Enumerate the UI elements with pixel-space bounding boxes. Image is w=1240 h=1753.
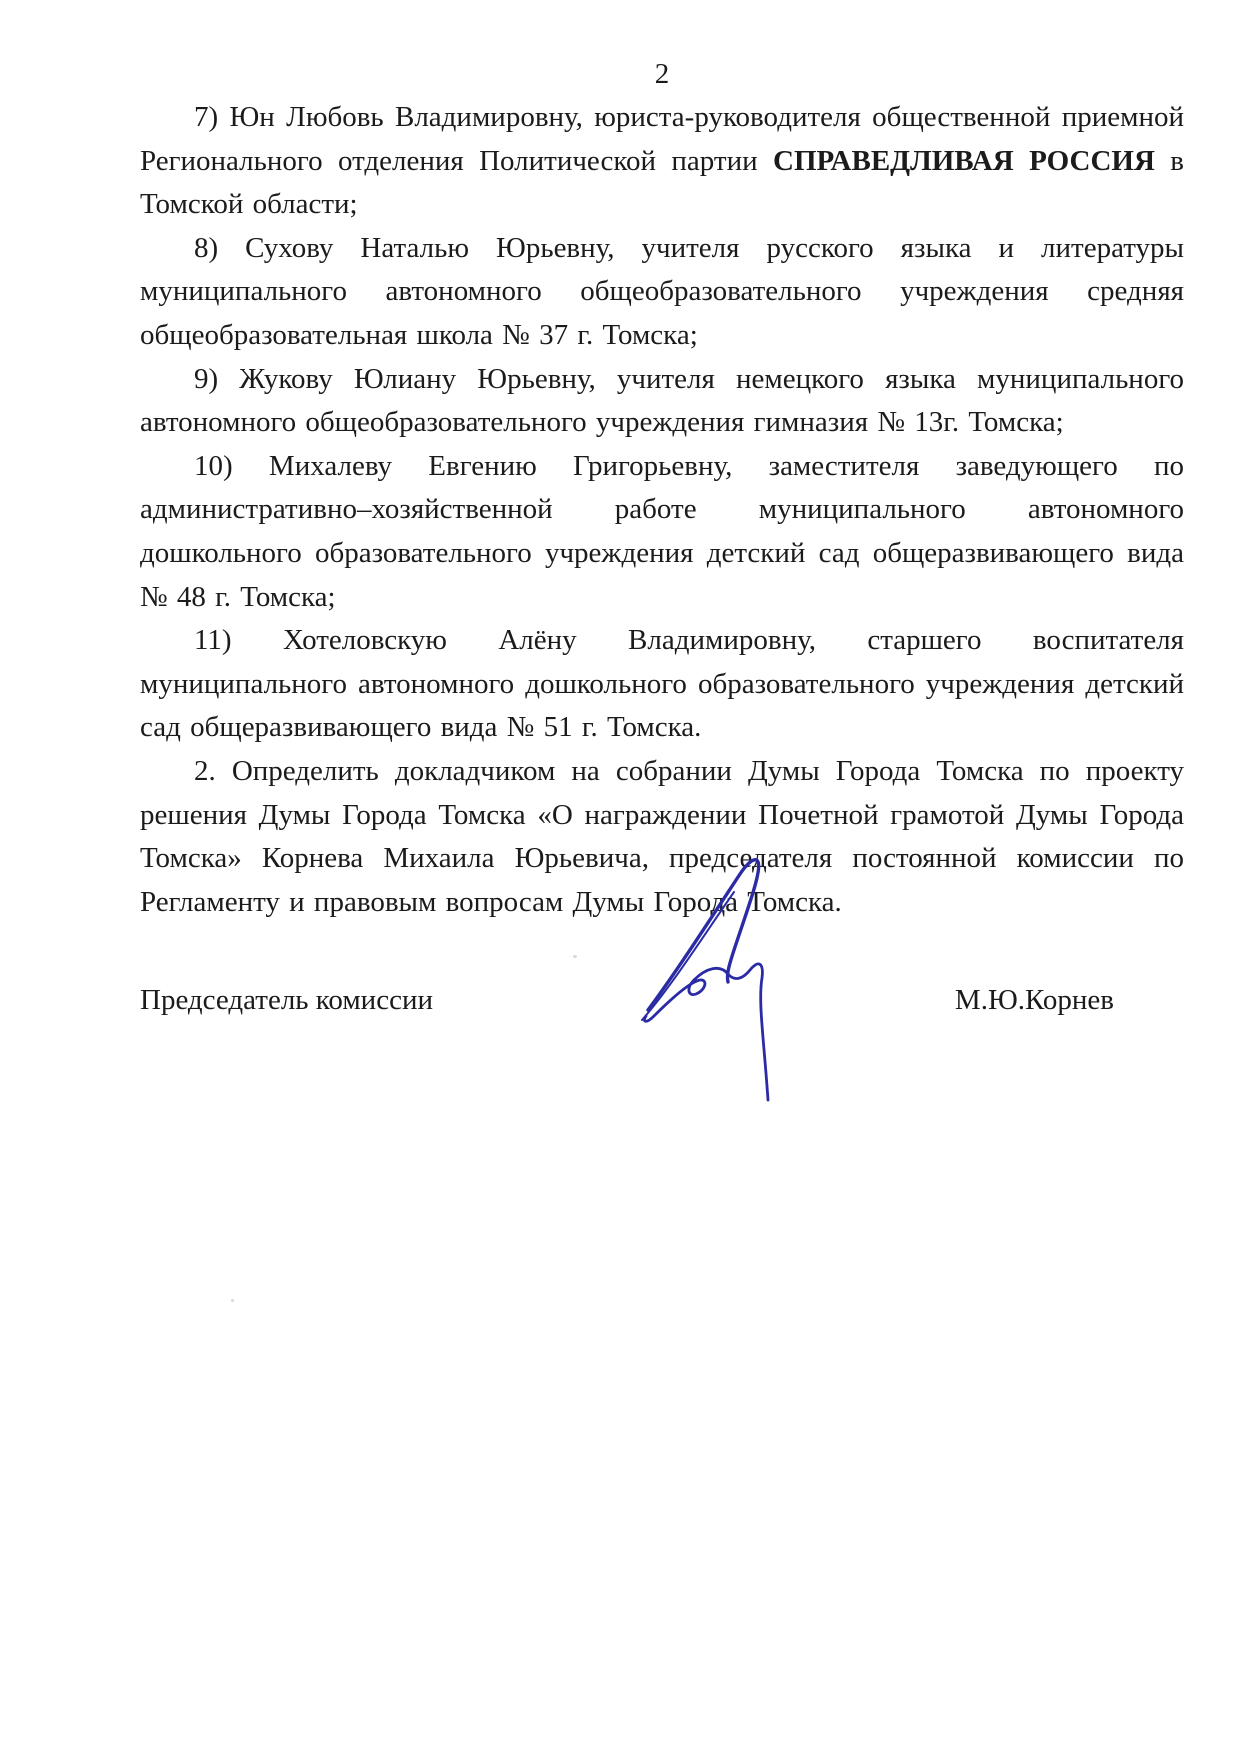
- paragraph-item-7: 7) Юн Любовь Владимировну, юриста-руково…: [140, 96, 1184, 227]
- document-page: 2 7) Юн Любовь Владимировну, юриста-руко…: [0, 0, 1240, 1753]
- signature-block: Председатель комиссии М.Ю.Корнев: [140, 978, 1184, 1022]
- paragraph-item-8: 8) Сухову Наталью Юрьевну, учителя русск…: [140, 227, 1184, 358]
- scan-artifact-dot: [573, 955, 577, 958]
- party-name-bold: СПРАВЕДЛИВАЯ РОССИЯ: [773, 145, 1155, 177]
- paragraph-item-10: 10) Михалеву Евгению Григорьевну, замест…: [140, 445, 1184, 619]
- signer-name: М.Ю.Корнев: [955, 978, 1184, 1022]
- paragraph-resolution-2: 2. Определить докладчиком на собрании Ду…: [140, 750, 1184, 924]
- document-content: 2 7) Юн Любовь Владимировну, юриста-руко…: [140, 52, 1184, 1022]
- scan-artifact-dot: [231, 1299, 234, 1302]
- chairman-title-label: Председатель комиссии: [140, 978, 433, 1022]
- page-number: 2: [140, 52, 1184, 96]
- paragraph-item-11: 11) Хотеловскую Алёну Владимировну, стар…: [140, 619, 1184, 750]
- paragraph-item-9: 9) Жукову Юлиану Юрьевну, учителя немецк…: [140, 358, 1184, 445]
